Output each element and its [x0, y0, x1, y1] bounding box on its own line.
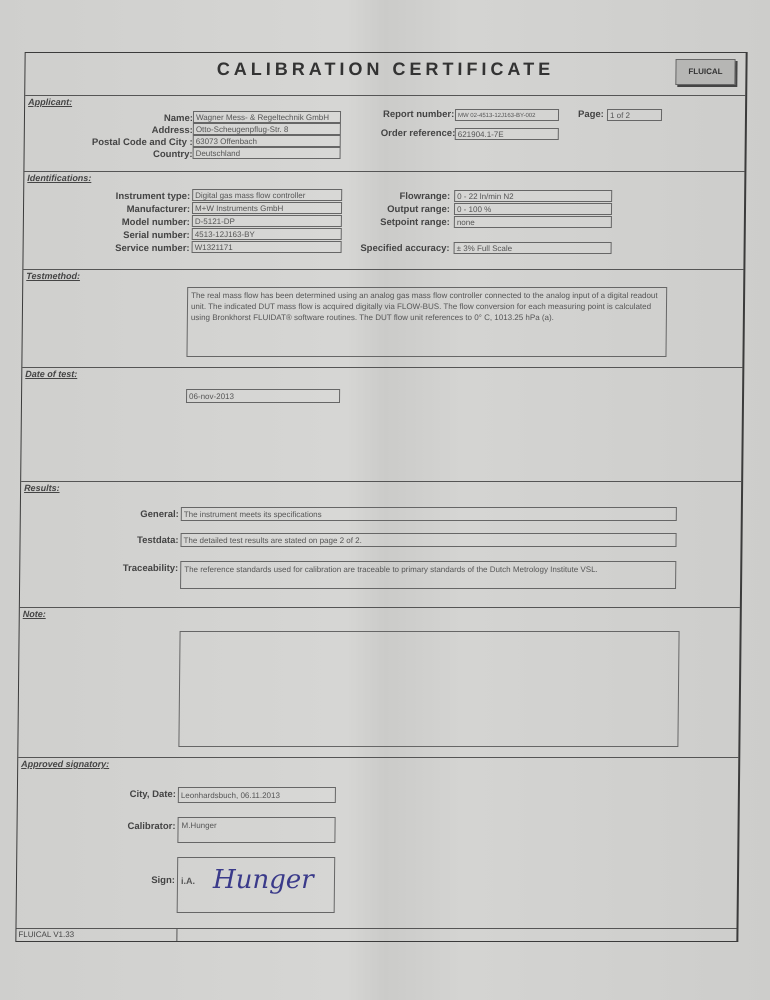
applicant-section: Applicant: Name: Wagner Mess- & Regeltec…	[24, 95, 745, 172]
model-number-field: D-5121-DP	[192, 215, 342, 227]
sign-prefix: i.A.	[181, 876, 195, 886]
name-field: Wagner Mess- & Regeltechnik GmbH	[193, 111, 341, 123]
flowrange-label: Flowrange:	[399, 191, 450, 202]
manufacturer-field: M+W Instruments GmbH	[192, 202, 342, 214]
city-date-label: City, Date:	[130, 789, 176, 800]
traceability-field: The reference standards used for calibra…	[180, 561, 676, 589]
page-label: Page:	[578, 109, 604, 120]
sign-label: Sign:	[151, 875, 175, 886]
instrument-type-field: Digital gas mass flow controller	[192, 189, 342, 201]
note-field	[178, 631, 679, 747]
serial-number-field: 4513-12J163-BY	[192, 228, 342, 240]
country-field: Deutschland	[193, 147, 341, 159]
page-title: CALIBRATION CERTIFICATE	[25, 59, 745, 80]
accuracy-label: Specified accuracy:	[360, 243, 449, 254]
section-title-note: Note:	[23, 609, 46, 619]
calibration-certificate: CALIBRATION CERTIFICATE FLUICAL Applican…	[15, 52, 747, 942]
testmethod-text: The real mass flow has been determined u…	[186, 287, 667, 357]
address-label: Address:	[152, 125, 193, 136]
output-range-label: Output range:	[387, 204, 450, 215]
calibrator-field: M.Hunger	[177, 817, 335, 843]
calibrator-label: Calibrator:	[127, 821, 175, 832]
section-title-applicant: Applicant:	[28, 97, 72, 107]
general-label: General:	[140, 509, 179, 520]
serial-number-label: Serial number:	[123, 230, 190, 241]
flowrange-field: 0 - 22 ln/min N2	[454, 190, 612, 202]
instrument-type-label: Instrument type:	[116, 191, 191, 202]
order-reference-label: Order reference:	[381, 128, 456, 139]
identifications-section: Identifications: Instrument type: Digita…	[23, 171, 744, 270]
date-of-test-field: 06-nov-2013	[186, 389, 340, 403]
testdata-field: The detailed test results are stated on …	[180, 533, 676, 547]
section-title-date-of-test: Date of test:	[25, 369, 77, 379]
address-field: Otto-Scheugenpflug-Str. 8	[193, 123, 341, 135]
postal-city-field: 63073 Offenbach	[193, 135, 341, 147]
section-title-results: Results:	[24, 483, 60, 493]
setpoint-range-field: none	[454, 216, 612, 228]
name-label: Name:	[164, 113, 193, 124]
output-range-field: 0 - 100 %	[454, 203, 612, 215]
page-field: 1 of 2	[607, 109, 662, 121]
results-section: Results: General: The instrument meets i…	[20, 481, 741, 608]
note-section: Note:	[18, 607, 740, 758]
setpoint-range-label: Setpoint range:	[380, 217, 450, 228]
report-number-field: MW 02-4513-12J163-BY-002	[455, 109, 559, 121]
signatory-section: Approved signatory: City, Date: Leonhard…	[16, 757, 738, 929]
testdata-label: Testdata:	[137, 535, 179, 546]
general-field: The instrument meets its specifications	[181, 507, 677, 521]
section-title-identifications: Identifications:	[27, 173, 91, 183]
country-label: Country:	[153, 149, 193, 160]
order-reference-field: 621904.1-7E	[455, 128, 559, 140]
traceability-label: Traceability:	[123, 563, 179, 574]
header-section: CALIBRATION CERTIFICATE FLUICAL	[25, 53, 745, 96]
version-label: FLUICAL V1.33	[16, 929, 177, 941]
manufacturer-label: Manufacturer:	[127, 204, 190, 215]
testmethod-section: Testmethod: The real mass flow has been …	[22, 269, 743, 368]
model-number-label: Model number:	[122, 217, 190, 228]
report-number-label: Report number:	[383, 109, 454, 120]
service-number-label: Service number:	[115, 243, 190, 254]
footer: FLUICAL V1.33	[16, 928, 736, 941]
section-title-approved-signatory: Approved signatory:	[21, 759, 109, 769]
accuracy-field: ± 3% Full Scale	[454, 242, 612, 254]
section-title-testmethod: Testmethod:	[26, 271, 80, 281]
postal-city-label: Postal Code and City :	[92, 137, 193, 148]
service-number-field: W1321171	[192, 241, 342, 253]
fluical-logo: FLUICAL	[675, 59, 735, 85]
city-date-field: Leonhardsbuch, 06.11.2013	[178, 787, 336, 803]
handwritten-signature: Hunger	[213, 865, 314, 895]
date-of-test-section: Date of test: 06-nov-2013	[21, 367, 742, 482]
